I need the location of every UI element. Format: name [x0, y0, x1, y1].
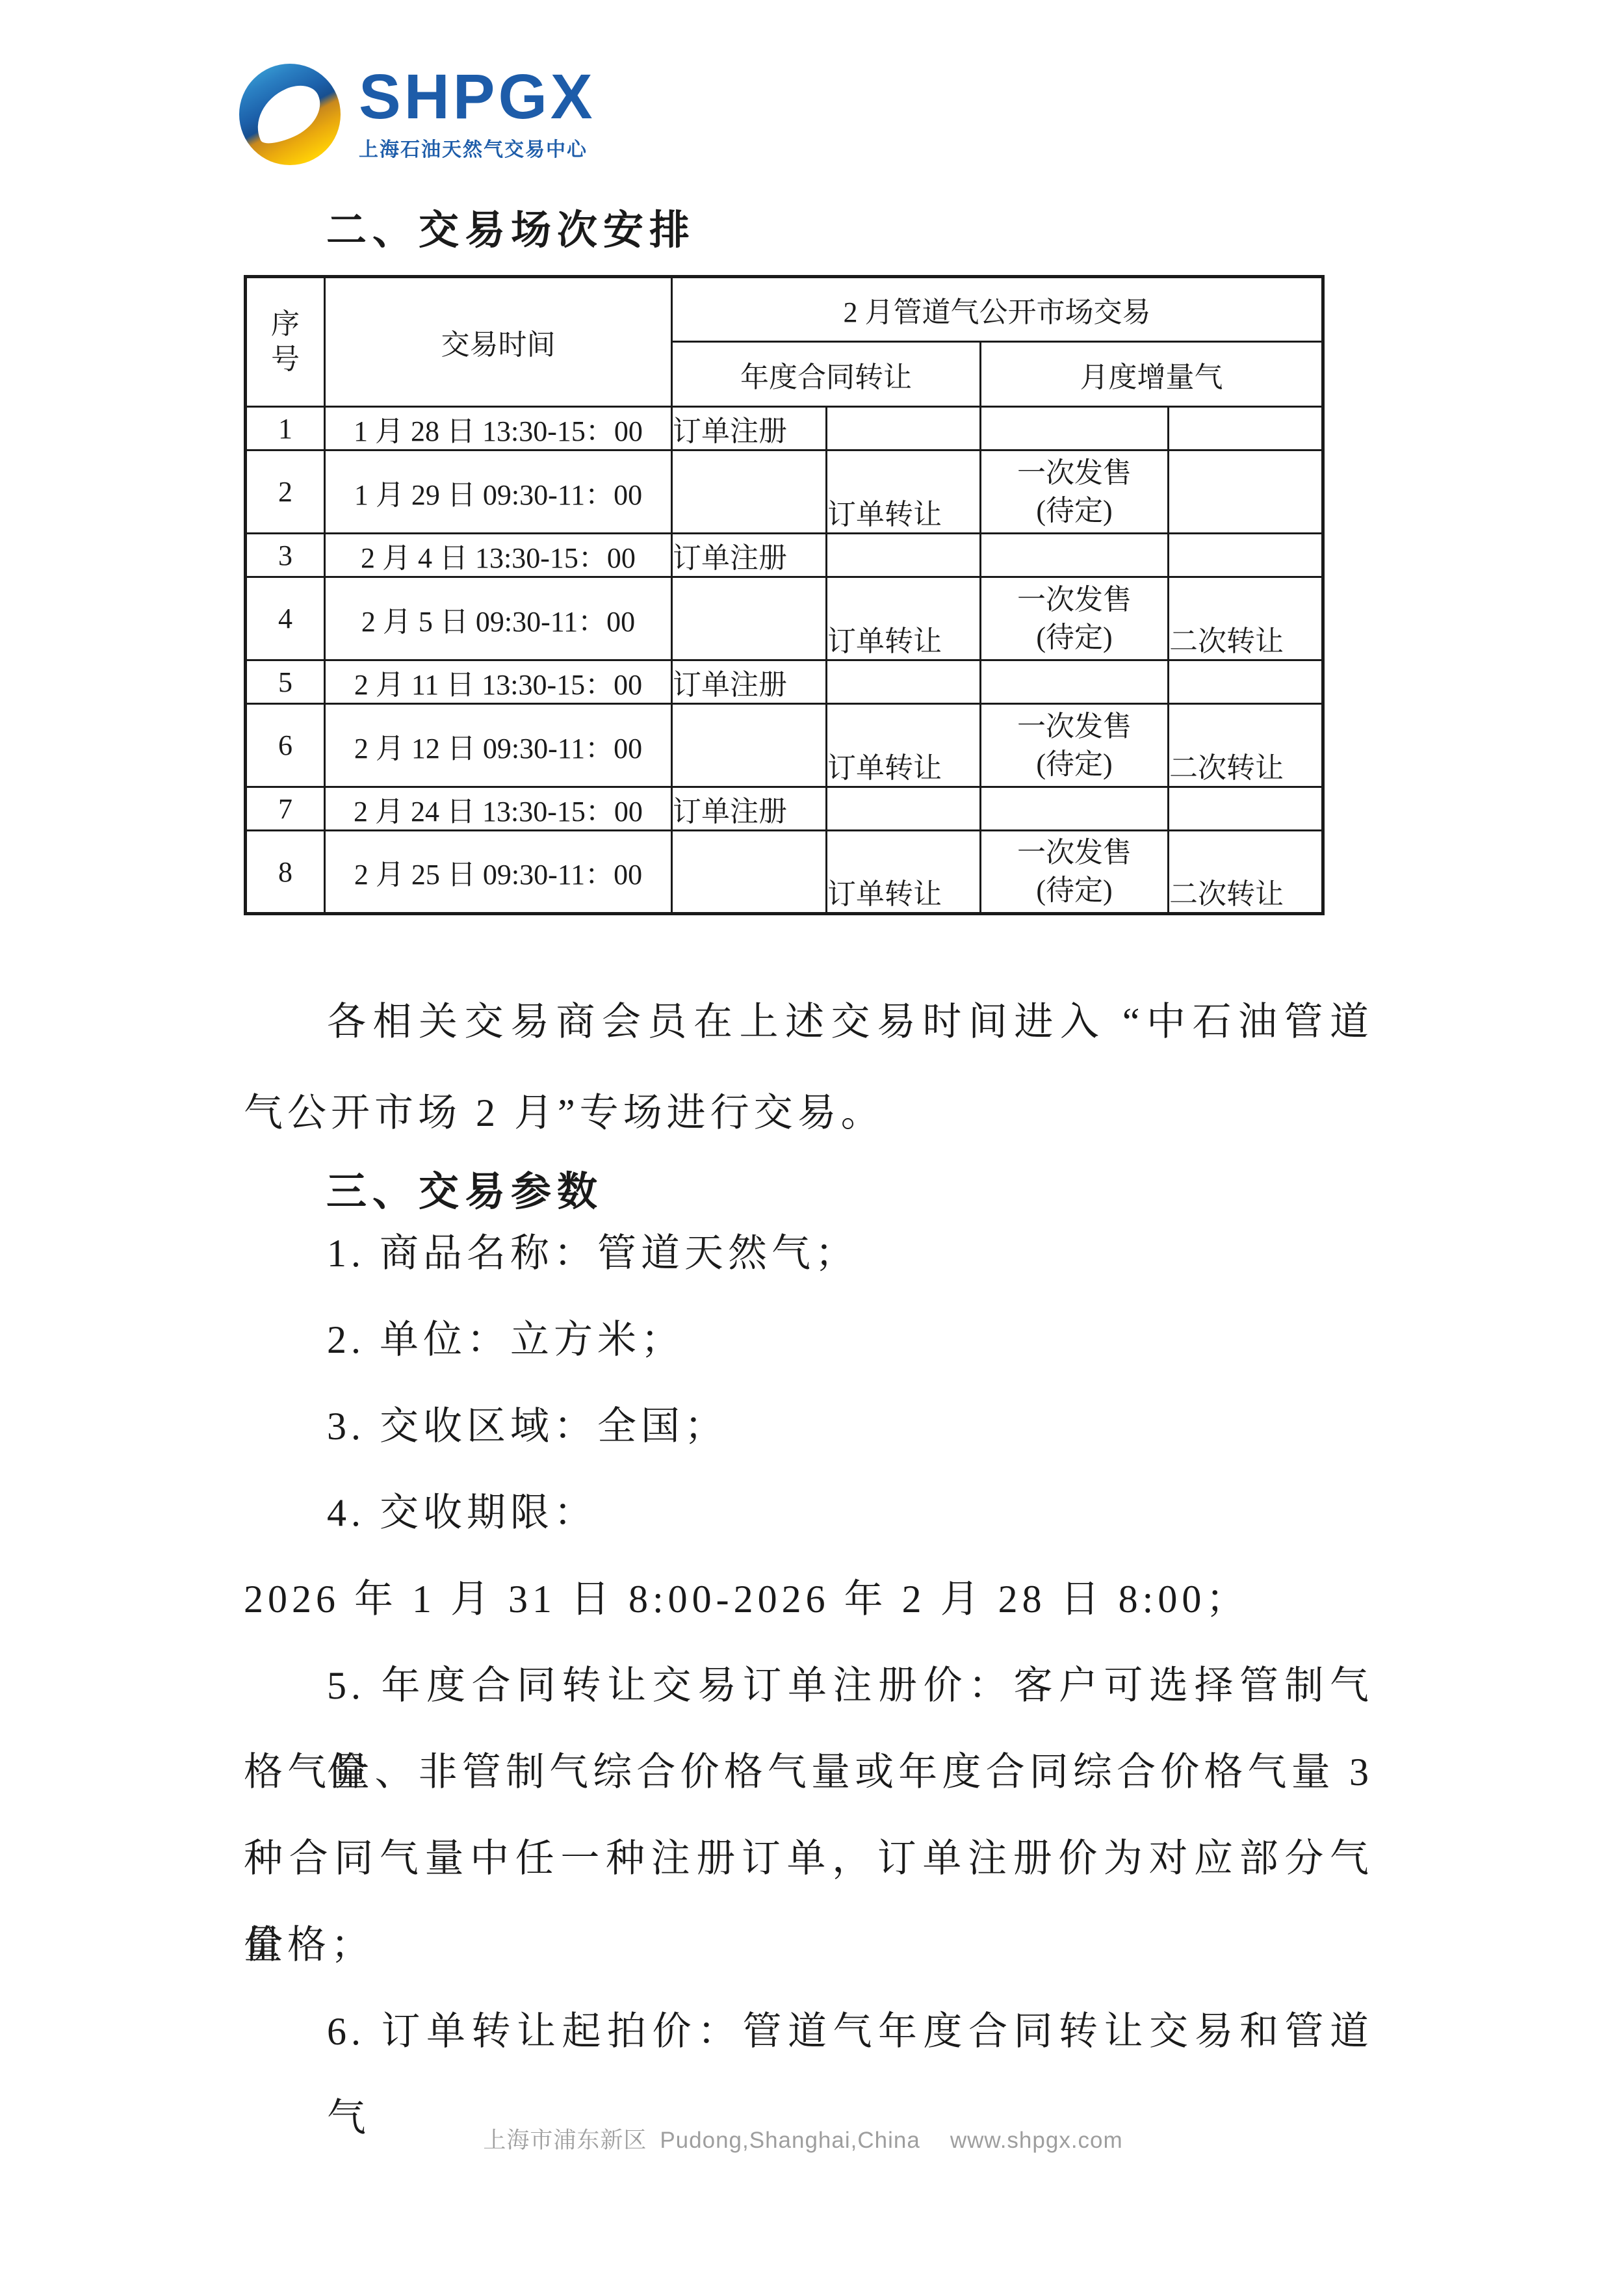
parameters-list: 1. 商品名称：管道天然气； 2. 单位：立方米； 3. 交收区域：全国； 4.… — [244, 1210, 1373, 2075]
cell-first-sale — [981, 660, 1169, 704]
cell-second-transfer: 二次转让 — [1169, 577, 1323, 660]
cell-order-register: 订单注册 — [672, 660, 827, 704]
list-item: 2. 单位：立方米； — [244, 1297, 1373, 1383]
cell-order-transfer — [827, 534, 981, 577]
cell-order-transfer — [827, 407, 981, 450]
header-seq: 序号 — [246, 277, 325, 407]
cell-seq: 6 — [246, 704, 325, 787]
cell-seq: 2 — [246, 450, 325, 534]
list-item: 价格； — [244, 1902, 1373, 1989]
cell-seq: 7 — [246, 787, 325, 831]
cell-seq: 4 — [246, 577, 325, 660]
cell-order-register: 订单注册 — [672, 534, 827, 577]
cell-first-sale: 一次发售 (待定) — [981, 704, 1169, 787]
cell-second-transfer — [1169, 407, 1323, 450]
cell-order-transfer — [827, 787, 981, 831]
first-sale-line1: 一次发售 — [981, 834, 1167, 872]
footer-address-en: Pudong,Shanghai,China — [660, 2128, 920, 2153]
cell-time: 2 月 11 日 13:30-15：00 — [325, 660, 672, 704]
schedule-paragraph: 各相关交易商会员在上述交易时间进入 “中石油管道 气公开市场 2 月”专场进行交… — [244, 976, 1373, 1158]
list-item: 4. 交收期限： — [244, 1470, 1373, 1556]
first-sale-line1: 一次发售 — [981, 581, 1167, 619]
header-seq-label: 序号 — [268, 307, 304, 377]
list-item: 5. 年度合同转让交易订单注册价：客户可选择管制气价 — [244, 1643, 1373, 1729]
cell-first-sale: 一次发售 (待定) — [981, 831, 1169, 914]
document-page: SHPGX 上海石油天然气交易中心 二、交易场次安排 序号 交易时间 2 月管道… — [0, 0, 1606, 2296]
cell-second-transfer — [1169, 787, 1323, 831]
cell-seq: 3 — [246, 534, 325, 577]
cell-seq: 5 — [246, 660, 325, 704]
table-header-row-1: 序号 交易时间 2 月管道气公开市场交易 — [246, 277, 1323, 342]
cell-time: 1 月 29 日 09:30-11：00 — [325, 450, 672, 534]
list-item: 3. 交收区域：全国； — [244, 1383, 1373, 1470]
cell-second-transfer — [1169, 660, 1323, 704]
cell-time: 2 月 4 日 13:30-15：00 — [325, 534, 672, 577]
cell-order-transfer: 订单转让 — [827, 831, 981, 914]
schedule-table: 序号 交易时间 2 月管道气公开市场交易 年度合同转让 月度增量气 1 1 月 … — [244, 275, 1325, 915]
header-market-group: 2 月管道气公开市场交易 — [672, 277, 1323, 342]
first-sale-line1: 一次发售 — [981, 454, 1167, 492]
table-row: 6 2 月 12 日 09:30-11：00 订单转让 一次发售 (待定) 二次… — [246, 704, 1323, 787]
logo-text: SHPGX 上海石油天然气交易中心 — [359, 64, 596, 162]
cell-time: 1 月 28 日 13:30-15：00 — [325, 407, 672, 450]
table-row: 4 2 月 5 日 09:30-11：00 订单转让 一次发售 (待定) 二次转… — [246, 577, 1323, 660]
logo-brand: SHPGX — [359, 64, 596, 130]
cell-time: 2 月 25 日 09:30-11：00 — [325, 831, 672, 914]
logo-tagline: 上海石油天然气交易中心 — [359, 133, 596, 162]
cell-order-transfer — [827, 660, 981, 704]
cell-order-register — [672, 831, 827, 914]
list-item: 种合同气量中任一种注册订单，订单注册价为对应部分气量 — [244, 1816, 1373, 1902]
table-row: 5 2 月 11 日 13:30-15：00 订单注册 — [246, 660, 1323, 704]
cell-seq: 8 — [246, 831, 325, 914]
first-sale-line2: (待定) — [981, 872, 1167, 909]
table-row: 2 1 月 29 日 09:30-11：00 订单转让 一次发售 (待定) — [246, 450, 1323, 534]
cell-second-transfer — [1169, 450, 1323, 534]
cell-order-transfer: 订单转让 — [827, 450, 981, 534]
cell-order-register: 订单注册 — [672, 407, 827, 450]
first-sale-line2: (待定) — [981, 492, 1167, 530]
cell-first-sale — [981, 534, 1169, 577]
cell-first-sale — [981, 787, 1169, 831]
header-monthly-increment: 月度增量气 — [981, 342, 1323, 407]
table-row: 1 1 月 28 日 13:30-15：00 订单注册 — [246, 407, 1323, 450]
cell-time: 2 月 5 日 09:30-11：00 — [325, 577, 672, 660]
cell-order-register: 订单注册 — [672, 787, 827, 831]
cell-order-register — [672, 577, 827, 660]
cell-time: 2 月 12 日 09:30-11：00 — [325, 704, 672, 787]
cell-first-sale — [981, 407, 1169, 450]
shpgx-logo-sphere-icon — [239, 64, 341, 165]
cell-second-transfer: 二次转让 — [1169, 831, 1323, 914]
list-item: 1. 商品名称：管道天然气； — [244, 1210, 1373, 1297]
section-heading-schedule: 二、交易场次安排 — [326, 204, 695, 257]
header-time: 交易时间 — [325, 277, 672, 407]
shpgx-logo: SHPGX 上海石油天然气交易中心 — [239, 64, 596, 165]
footer-website: www.shpgx.com — [950, 2128, 1123, 2153]
table-row: 3 2 月 4 日 13:30-15：00 订单注册 — [246, 534, 1323, 577]
cell-order-register — [672, 704, 827, 787]
list-item: 格气量、非管制气综合价格气量或年度合同综合价格气量 3 — [244, 1729, 1373, 1816]
cell-seq: 1 — [246, 407, 325, 450]
page-footer: 上海市浦东新区Pudong,Shanghai,Chinawww.shpgx.co… — [0, 2124, 1606, 2157]
cell-order-transfer: 订单转让 — [827, 577, 981, 660]
header-annual-contract: 年度合同转让 — [672, 342, 981, 407]
cell-second-transfer — [1169, 534, 1323, 577]
footer-address-cn: 上海市浦东新区 — [483, 2128, 647, 2153]
first-sale-line2: (待定) — [981, 619, 1167, 657]
paragraph-line: 气公开市场 2 月”专场进行交易。 — [244, 1067, 1373, 1158]
cell-order-transfer: 订单转让 — [827, 704, 981, 787]
cell-order-register — [672, 450, 827, 534]
list-item: 6. 订单转让起拍价：管道气年度合同转让交易和管道气 — [244, 1989, 1373, 2075]
paragraph-line: 各相关交易商会员在上述交易时间进入 “中石油管道 — [244, 976, 1373, 1067]
table-row: 8 2 月 25 日 09:30-11：00 订单转让 一次发售 (待定) 二次… — [246, 831, 1323, 914]
first-sale-line2: (待定) — [981, 746, 1167, 783]
first-sale-line1: 一次发售 — [981, 708, 1167, 746]
cell-time: 2 月 24 日 13:30-15：00 — [325, 787, 672, 831]
table-row: 7 2 月 24 日 13:30-15：00 订单注册 — [246, 787, 1323, 831]
cell-first-sale: 一次发售 (待定) — [981, 577, 1169, 660]
list-item: 2026 年 1 月 31 日 8:00-2026 年 2 月 28 日 8:0… — [244, 1556, 1373, 1643]
cell-second-transfer: 二次转让 — [1169, 704, 1323, 787]
cell-first-sale: 一次发售 (待定) — [981, 450, 1169, 534]
